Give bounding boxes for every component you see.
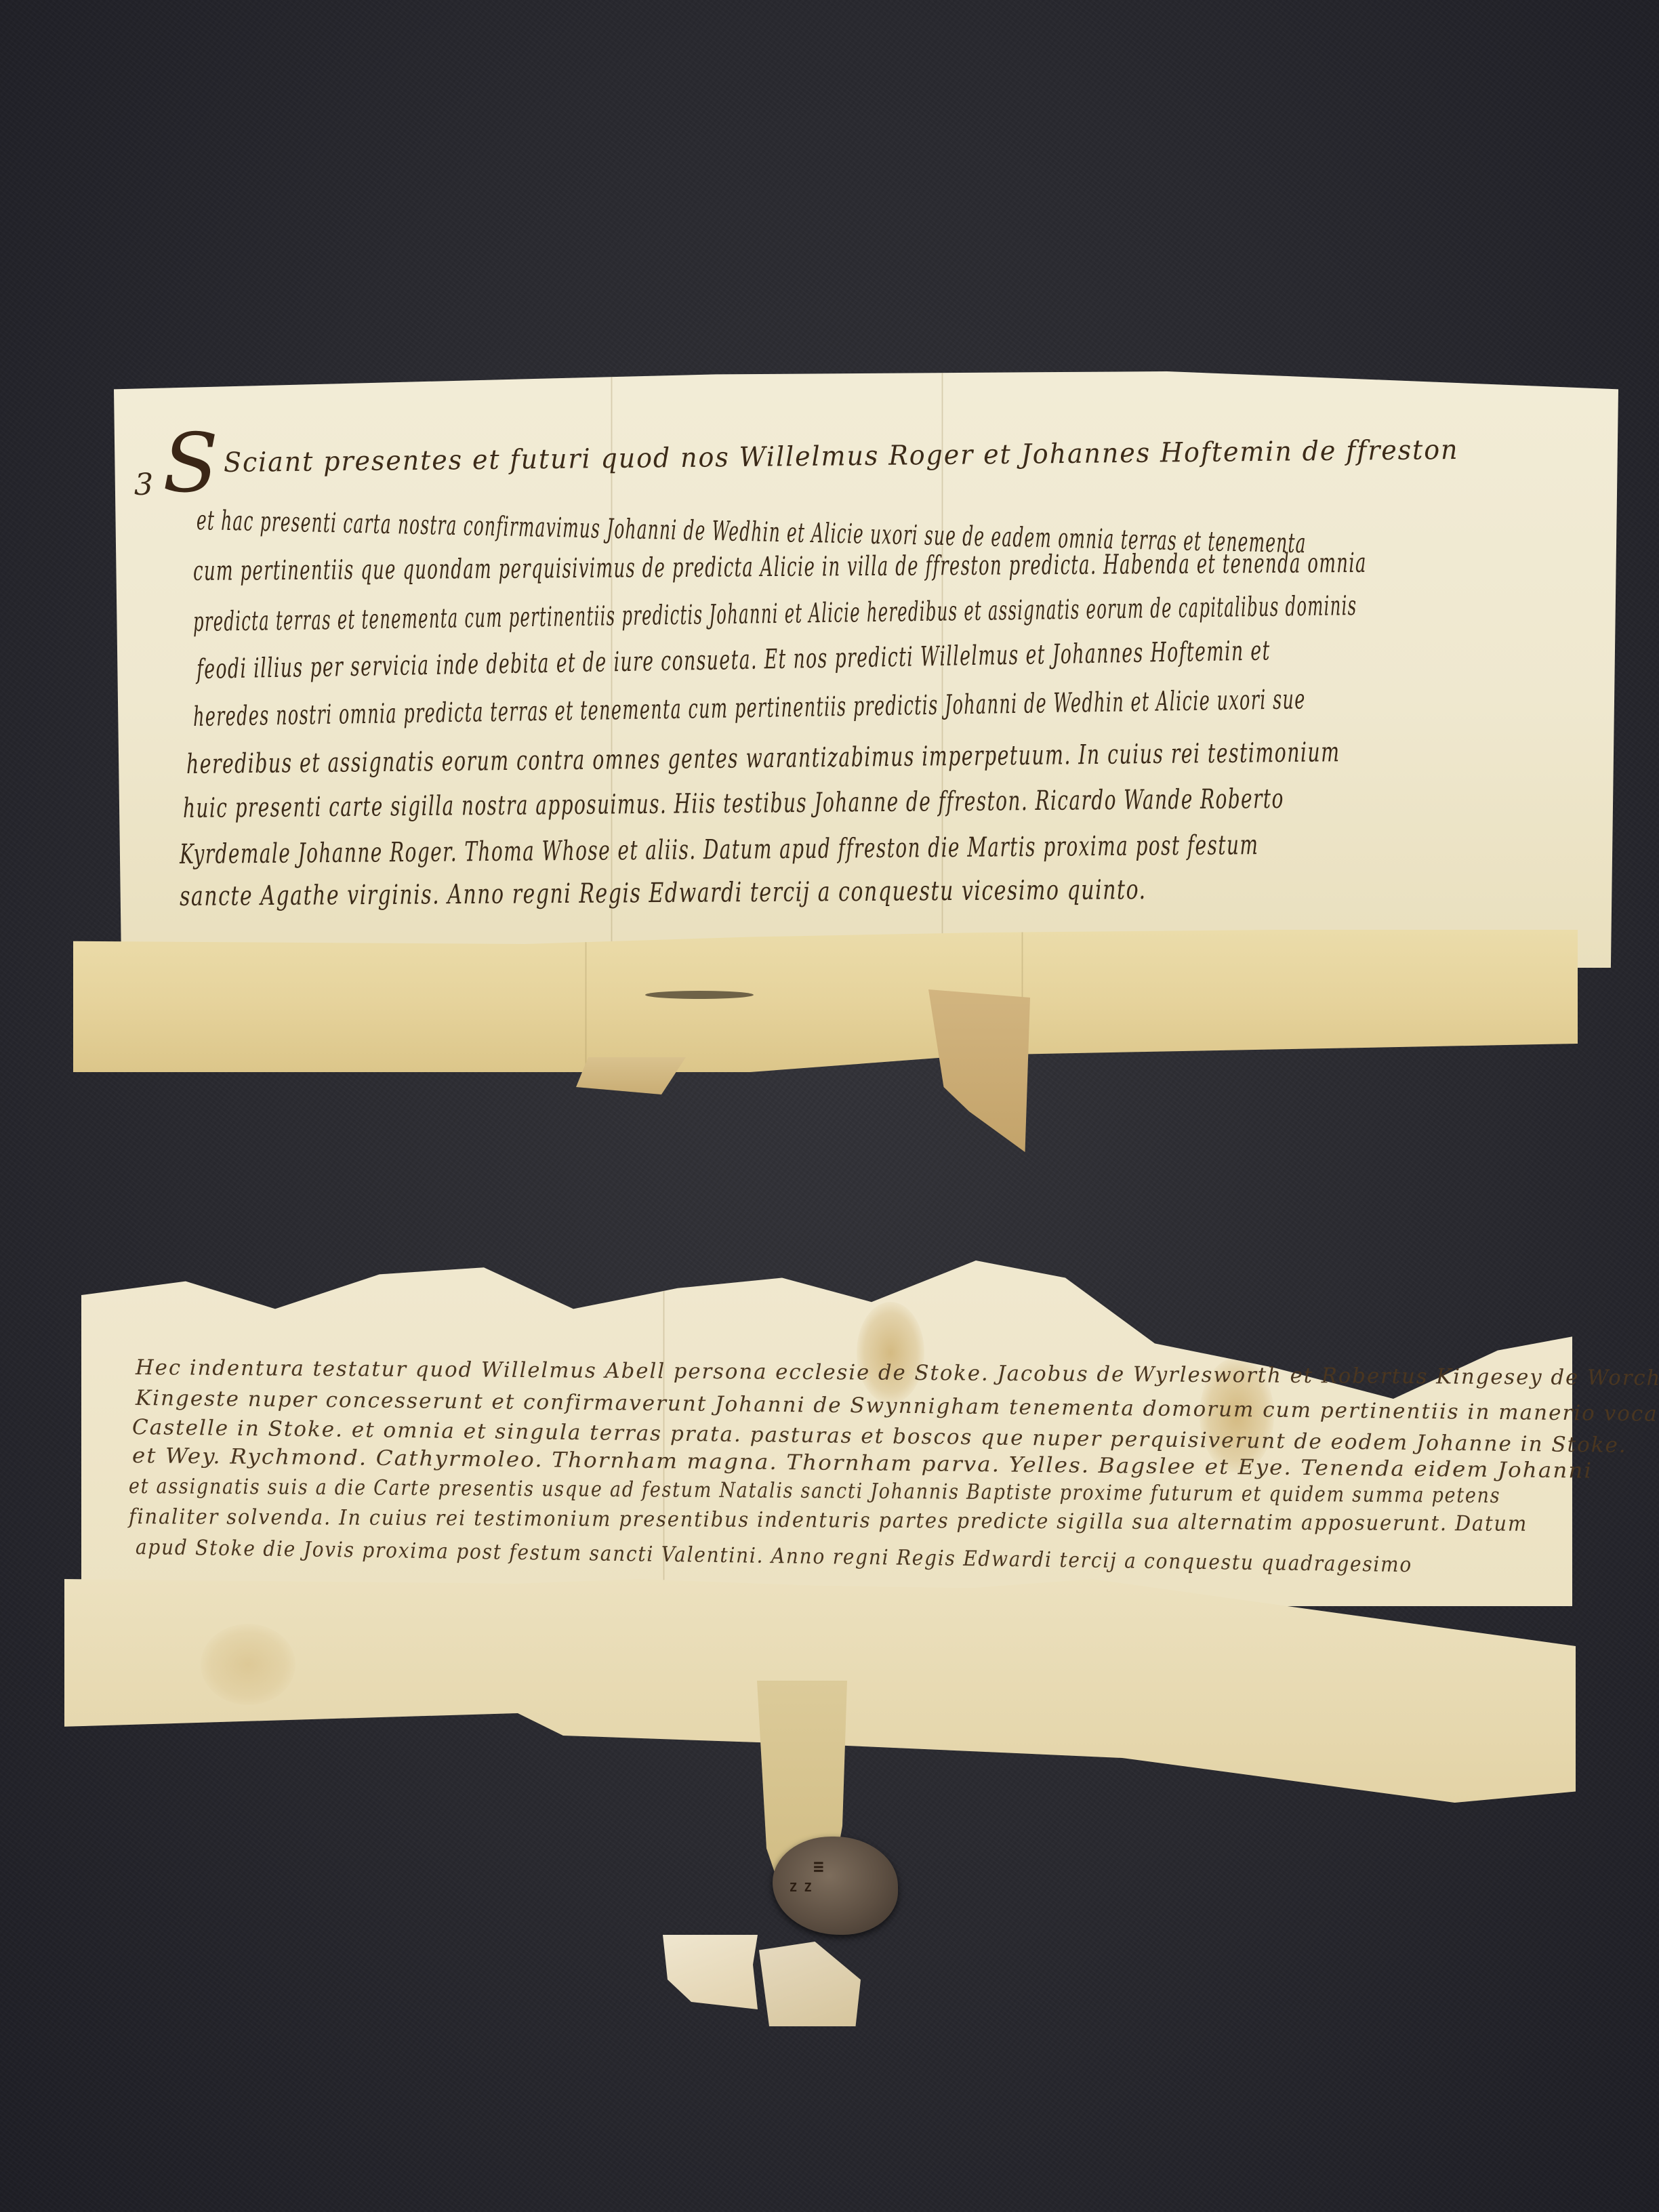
upper-left-tag bbox=[576, 1057, 698, 1094]
seal-shield-icon: ≡ bbox=[813, 1857, 824, 1877]
water-stain bbox=[857, 1302, 924, 1404]
upper-charter: 3 S Sciant presentes et futuri quod nos … bbox=[0, 0, 1659, 1152]
seal-wrapper-fragment bbox=[663, 1935, 758, 2009]
wax-seal: ≡ Z Z bbox=[773, 1837, 898, 1935]
upper-charter-plica bbox=[73, 930, 1578, 1072]
seal-wrapper-fragment bbox=[759, 1942, 861, 2026]
tag-slit bbox=[645, 991, 754, 999]
seal-inscription-mark: Z Z bbox=[790, 1881, 812, 1895]
lower-charter: Hec indentura testatur quod Willelmus Ab… bbox=[0, 1152, 1659, 2212]
margin-mark: 3 bbox=[134, 468, 155, 502]
fold-crease bbox=[585, 930, 587, 1072]
water-stain bbox=[201, 1624, 295, 1705]
upper-right-tag bbox=[928, 989, 1030, 1152]
decorated-initial: S bbox=[163, 424, 218, 505]
